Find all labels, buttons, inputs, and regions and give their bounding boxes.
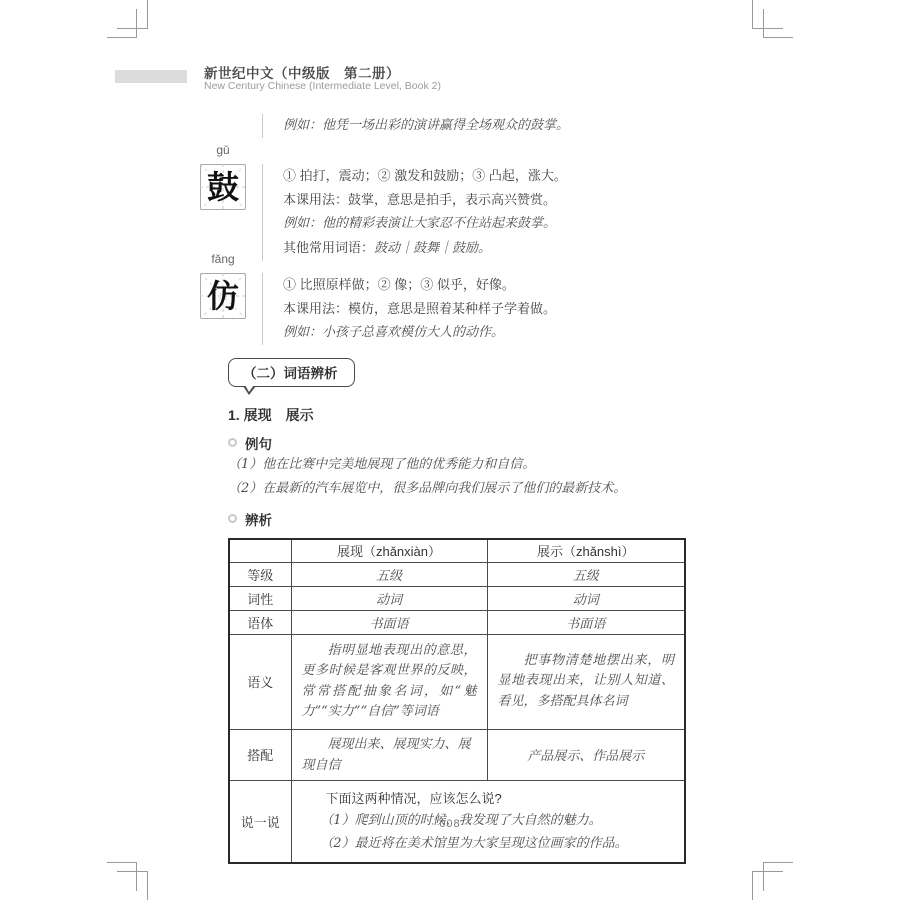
say-item-2: （2）最近将在美术馆里为大家呈现这位画家的作品。 (300, 832, 677, 855)
book-title-chinese: 新世纪中文（中级版 第二册） (204, 62, 400, 82)
header-zhanxian: 展现（zhǎnxiàn） (291, 539, 487, 562)
cell-value: 五级 (487, 562, 685, 586)
cell-value: 展现出来、展现实力、展现自信 (291, 729, 487, 780)
usage-line: 本课用法：模仿，意思是照着某种样子学着做。 (283, 297, 556, 321)
cell-value: 产品展示、作品展示 (487, 729, 685, 780)
textbook-page: 新世纪中文（中级版 第二册） New Century Chinese (Inte… (0, 0, 900, 900)
table-header-row: 展现（zhǎnxiàn） 展示（zhǎnshì） (229, 539, 685, 562)
common-words-line: 其他常用词语：鼓动｜鼓舞｜鼓励。 (283, 236, 567, 261)
headword-character: 仿 (200, 273, 246, 319)
entry-text-column: ① 拍打，震动；② 激发和鼓励；③ 凸起，涨大。 本课用法：鼓掌，意思是拍手，表… (262, 164, 567, 261)
word-discrimination-section: （二）词语辨析 1. 展现 展示 例句 （1）他在比赛中完美地展现了他的优秀能力… (228, 358, 684, 864)
header-empty-cell (229, 539, 291, 562)
common-words-label: 其他常用词语： (283, 240, 374, 255)
say-intro: 下面这两种情况，应该怎么说? (300, 788, 677, 809)
row-label: 词性 (229, 586, 291, 610)
examples-label-row: 例句 (228, 432, 684, 453)
character-box-column: fǎng 仿 (200, 273, 246, 319)
example-line: 例如：他的精彩表演让大家忍不住站起来鼓掌。 (283, 212, 567, 236)
cell-value: 书面语 (291, 610, 487, 634)
example-sentence-2: （2）在最新的汽车展览中，很多品牌向我们展示了他们的最新技术。 (228, 477, 684, 501)
pinyin-label: gǔ (200, 143, 246, 157)
word-pair-title: 1. 展现 展示 (228, 405, 684, 425)
character-practice-grid: 鼓 (200, 164, 246, 210)
usage-line: 本课用法：鼓掌，意思是拍手，表示高兴赞赏。 (283, 188, 567, 212)
character-practice-grid: 仿 (200, 273, 246, 319)
section-title-bubble: （二）词语辨析 (228, 358, 355, 387)
analysis-label: 辨析 (245, 509, 272, 529)
definition-line: ① 拍打，震动；② 激发和鼓励；③ 凸起，涨大。 (283, 164, 567, 188)
header-gray-bar (115, 70, 187, 83)
cell-value: 把事物清楚地摆出来，明显地表现出来，让别人知道、看见，多搭配具体名词 (487, 634, 685, 729)
row-label: 语义 (229, 634, 291, 729)
cell-value: 动词 (487, 586, 685, 610)
common-words-list: 鼓动｜鼓舞｜鼓励。 (374, 241, 491, 256)
ring-bullet-icon (228, 438, 237, 447)
crop-mark-bottom-left-inner (107, 862, 137, 891)
character-entries: 例如：他凭一场出彩的演讲赢得全场观众的鼓掌。 gǔ 鼓 ① (200, 114, 690, 345)
example-sentence-1: （1）他在比赛中完美地展现了他的优秀能力和自信。 (228, 453, 684, 477)
row-label: 语体 (229, 610, 291, 634)
table-row-meaning: 语义 指明显地表现出的意思，更多时候是客观世界的反映，常常搭配抽象名词，如“魅力… (229, 634, 685, 729)
table-row-level: 等级 五级 五级 (229, 562, 685, 586)
definition-line: ① 比照原样做；② 像；③ 似乎，好像。 (283, 273, 556, 297)
cell-value: 书面语 (487, 610, 685, 634)
table-row-pos: 词性 动词 动词 (229, 586, 685, 610)
row-label: 搭配 (229, 729, 291, 780)
carryover-example-text-column: 例如：他凭一场出彩的演讲赢得全场观众的鼓掌。 (262, 114, 569, 138)
crop-mark-top-right-inner (763, 9, 793, 38)
crop-mark-bottom-right-inner (763, 862, 793, 891)
character-box-column: gǔ 鼓 (200, 164, 246, 210)
ring-bullet-icon (228, 514, 237, 523)
pinyin-label: fǎng (200, 252, 246, 266)
header-zhanshi: 展示（zhǎnshì） (487, 539, 685, 562)
cell-value: 动词 (291, 586, 487, 610)
page-number: · 008 · (0, 818, 900, 830)
cell-value: 五级 (291, 562, 487, 586)
cell-value: 指明显地表现出的意思，更多时候是客观世界的反映，常常搭配抽象名词，如“魅力”“实… (291, 634, 487, 729)
crop-mark-top-left-inner (107, 9, 137, 38)
table-row-collocation: 搭配 展现出来、展现实力、展现自信 产品展示、作品展示 (229, 729, 685, 780)
entry-fang: fǎng 仿 ① 比照原样做；② 像；③ 似乎，好像。 本课用法：模仿，意思是照… (200, 273, 690, 345)
entry-gu: gǔ 鼓 ① 拍打，震动；② 激发和鼓励；③ 凸起，涨大。 本课用法：鼓掌，意思… (200, 164, 690, 261)
analysis-label-row: 辨析 (228, 508, 684, 529)
entry-text-column: ① 比照原样做；② 像；③ 似乎，好像。 本课用法：模仿，意思是照着某种样子学着… (262, 273, 556, 345)
example-sentence: 例如：他凭一场出彩的演讲赢得全场观众的鼓掌。 (283, 114, 569, 138)
example-line: 例如：小孩子总喜欢模仿大人的动作。 (283, 321, 556, 345)
book-title-english: New Century Chinese (Intermediate Level,… (204, 80, 441, 92)
examples-label: 例句 (245, 433, 272, 453)
carryover-example-row: 例如：他凭一场出彩的演讲赢得全场观众的鼓掌。 (200, 114, 690, 138)
headword-character: 鼓 (200, 164, 246, 210)
comparison-table: 展现（zhǎnxiàn） 展示（zhǎnshì） 等级 五级 五级 词性 动词 … (228, 538, 686, 864)
row-label: 等级 (229, 562, 291, 586)
table-row-register: 语体 书面语 书面语 (229, 610, 685, 634)
